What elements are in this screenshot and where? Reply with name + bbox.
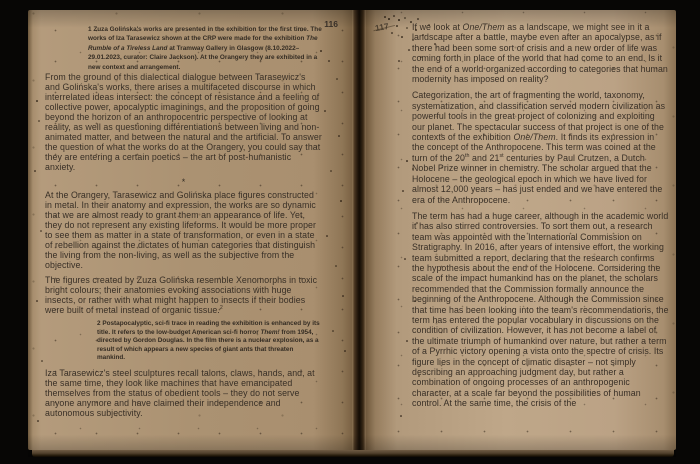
speckle-cluster	[36, 100, 38, 102]
speckle-cluster	[406, 160, 408, 162]
book-bottom-edge	[32, 450, 674, 457]
body-paragraph: From the ground of this dialectical dial…	[45, 72, 322, 172]
body-paragraph: Iza Tarasewicz's steel sculptures recall…	[45, 368, 322, 418]
page-number-right: 117	[374, 21, 389, 33]
speckle-cluster	[384, 16, 386, 18]
speckle-cluster	[320, 50, 322, 52]
footnote-1: 1 Zuza Golińska's works are presented in…	[88, 25, 326, 72]
book-gutter	[352, 10, 366, 450]
right-page-text: If we look at One/Them as a landscape, w…	[412, 22, 669, 415]
body-paragraph: The figures created by Zuza Golińska res…	[45, 275, 322, 315]
footnote: 2 Postapocalyptic, sci-fi trace in readi…	[97, 320, 323, 363]
page-number-left: 116	[324, 19, 338, 29]
book-spread: 1 Zuza Golińska's works are presented in…	[28, 10, 676, 457]
body-paragraph: Categorization, the art of fragmenting t…	[412, 90, 669, 204]
left-page: 1 Zuza Golińska's works are presented in…	[28, 10, 352, 450]
section-separator: *	[45, 177, 322, 187]
left-page-text: From the ground of this dialectical dial…	[45, 72, 322, 423]
body-paragraph: At the Orangery, Tarasewicz and Golińska…	[45, 190, 322, 270]
right-page: 117 If we look at One/Them as a landscap…	[366, 10, 676, 450]
body-paragraph: The term has had a huge career, although…	[412, 211, 669, 409]
body-paragraph: If we look at One/Them as a landscape, w…	[412, 22, 669, 84]
book-pages: 1 Zuza Golińska's works are presented in…	[28, 10, 676, 450]
